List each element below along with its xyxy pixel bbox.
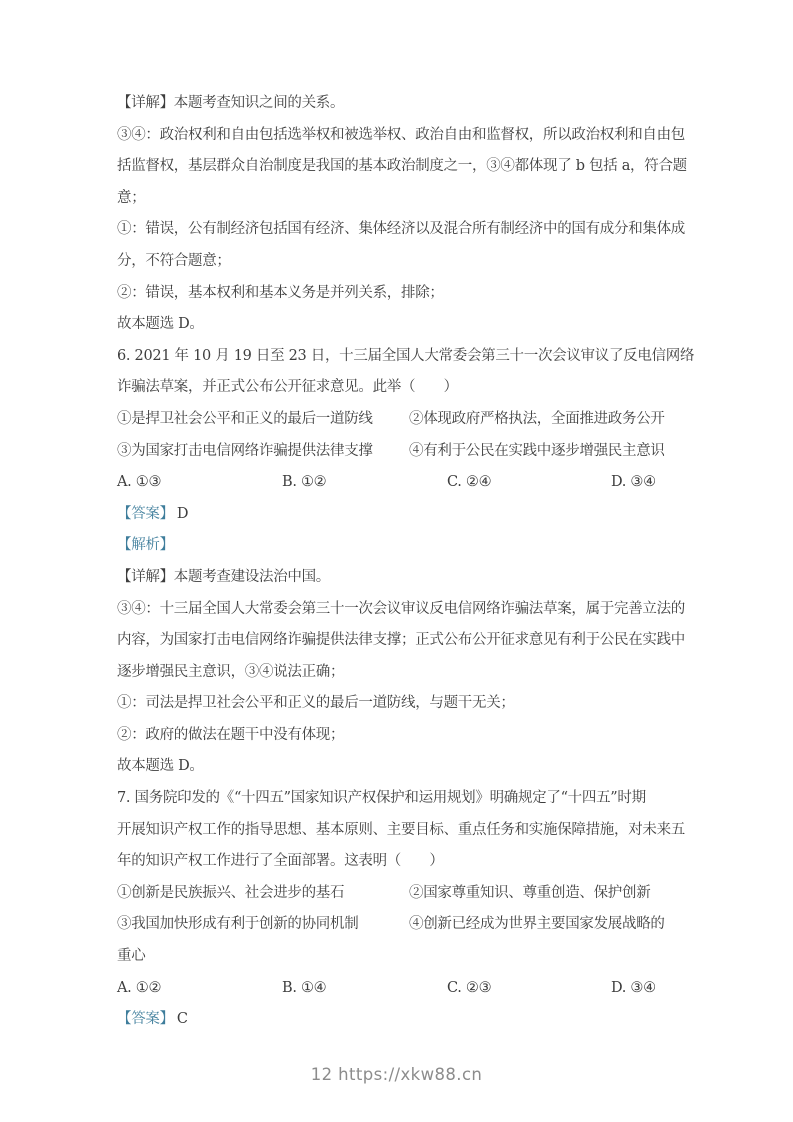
choice-c: C. ②④ — [447, 467, 611, 499]
choice-b: B. ①④ — [282, 973, 447, 1005]
document-page: 【详解】本题考查知识之间的关系。 ③④：政治权利和自由包括选举权和被选举权、政治… — [117, 88, 673, 1036]
analysis-conclusion-line: 故本题选 D。 — [117, 751, 673, 783]
analysis-line: 括监督权，基层群众自治制度是我国的基本政治制度之一，③④都体现了 b 包括 a，… — [117, 151, 673, 183]
question-6-choices-row: A. ①③ B. ①② C. ②④ D. ③④ — [117, 467, 673, 499]
analysis-line: 逐步增强民主意识，③④说法正确； — [117, 657, 673, 689]
analysis-line: ①：司法是捍卫社会公平和正义的最后一道防线，与题干无关； — [117, 688, 673, 720]
analysis-line: ①：错误，公有制经济包括国有经济、集体经济以及混合所有制经济中的国有成分和集体成 — [117, 214, 673, 246]
option-item: ③我国加快形成有利于创新的协同机制 — [117, 909, 409, 941]
choice-d: D. ③④ — [611, 973, 673, 1005]
choice-a: A. ①② — [117, 973, 282, 1005]
choice-b: B. ①② — [282, 467, 447, 499]
page-footer: 12 https://xkw88.cn — [0, 1064, 793, 1086]
analysis-line: ③④：十三届全国人大常委会第三十一次会议审议反电信网络诈骗法草案，属于完善立法的 — [117, 594, 673, 626]
question-7-answer-line: 【答案】C — [117, 1004, 673, 1036]
question-7-stem-line: 7. 国务院印发的《“十四五”国家知识产权保护和运用规划》明确规定了“十四五”时… — [117, 783, 673, 815]
option-item: ②国家尊重知识、尊重创造、保护创新 — [409, 878, 673, 910]
option-item: ②体现政府严格执法，全面推进政务公开 — [409, 404, 673, 436]
answer-label: 【答案】 — [117, 506, 174, 522]
analysis-label: 【解析】 — [117, 537, 174, 553]
analysis-line: ③④：政治权利和自由包括选举权和被选举权、政治自由和监督权，所以政治权利和自由包 — [117, 120, 673, 152]
question-6-stem-line: 6. 2021 年 10 月 19 日至 23 日，十三届全国人大常委会第三十一… — [117, 341, 673, 373]
question-7-choices-row: A. ①② B. ①④ C. ②③ D. ③④ — [117, 973, 673, 1005]
question-7-stem-line: 开展知识产权工作的指导思想、基本原则、主要目标、重点任务和实施保障措施，对未来五 — [117, 815, 673, 847]
question-7-options-row: ①创新是民族振兴、社会进步的基石 ②国家尊重知识、尊重创造、保护创新 — [117, 878, 673, 910]
analysis-detail-line: 【详解】本题考查知识之间的关系。 — [117, 88, 673, 120]
answer-value: D — [177, 506, 188, 522]
analysis-line: ②：政府的做法在题干中没有体现； — [117, 720, 673, 752]
question-7-stem-line: 年的知识产权工作进行了全面部署。这表明（ ） — [117, 846, 673, 878]
option-item: ④创新已经成为世界主要国家发展战略的 — [409, 909, 673, 941]
question-6-options-row: ③为国家打击电信网络诈骗提供法律支撑 ④有利于公民在实践中逐步增强民主意识 — [117, 436, 673, 468]
question-6-options-row: ①是捍卫社会公平和正义的最后一道防线 ②体现政府严格执法，全面推进政务公开 — [117, 404, 673, 436]
option-item: ③为国家打击电信网络诈骗提供法律支撑 — [117, 436, 409, 468]
analysis-line: 意； — [117, 183, 673, 215]
question-7-options-row: ③我国加快形成有利于创新的协同机制 ④创新已经成为世界主要国家发展战略的 — [117, 909, 673, 941]
choice-d: D. ③④ — [611, 467, 673, 499]
option-item: ④有利于公民在实践中逐步增强民主意识 — [409, 436, 673, 468]
analysis-conclusion-line: 故本题选 D。 — [117, 309, 673, 341]
analysis-line: 内容，为国家打击电信网络诈骗提供法律支撑；正式公布公开征求意见有利于公民在实践中 — [117, 625, 673, 657]
choice-c: C. ②③ — [447, 973, 611, 1005]
question-6-answer-line: 【答案】D — [117, 499, 673, 531]
choice-a: A. ①③ — [117, 467, 282, 499]
question-7-options-wrap-line: 重心 — [117, 941, 673, 973]
analysis-detail-line: 【详解】本题考查建设法治中国。 — [117, 562, 673, 594]
answer-value: C — [177, 1011, 188, 1027]
answer-label: 【答案】 — [117, 1011, 174, 1027]
analysis-line: ②：错误，基本权利和基本义务是并列关系，排除； — [117, 278, 673, 310]
analysis-section-label-line: 【解析】 — [117, 530, 673, 562]
analysis-line: 分，不符合题意； — [117, 246, 673, 278]
question-6-stem-line: 诈骗法草案，并正式公布公开征求意见。此举（ ） — [117, 372, 673, 404]
option-item: ①创新是民族振兴、社会进步的基石 — [117, 878, 409, 910]
option-item: ①是捍卫社会公平和正义的最后一道防线 — [117, 404, 409, 436]
